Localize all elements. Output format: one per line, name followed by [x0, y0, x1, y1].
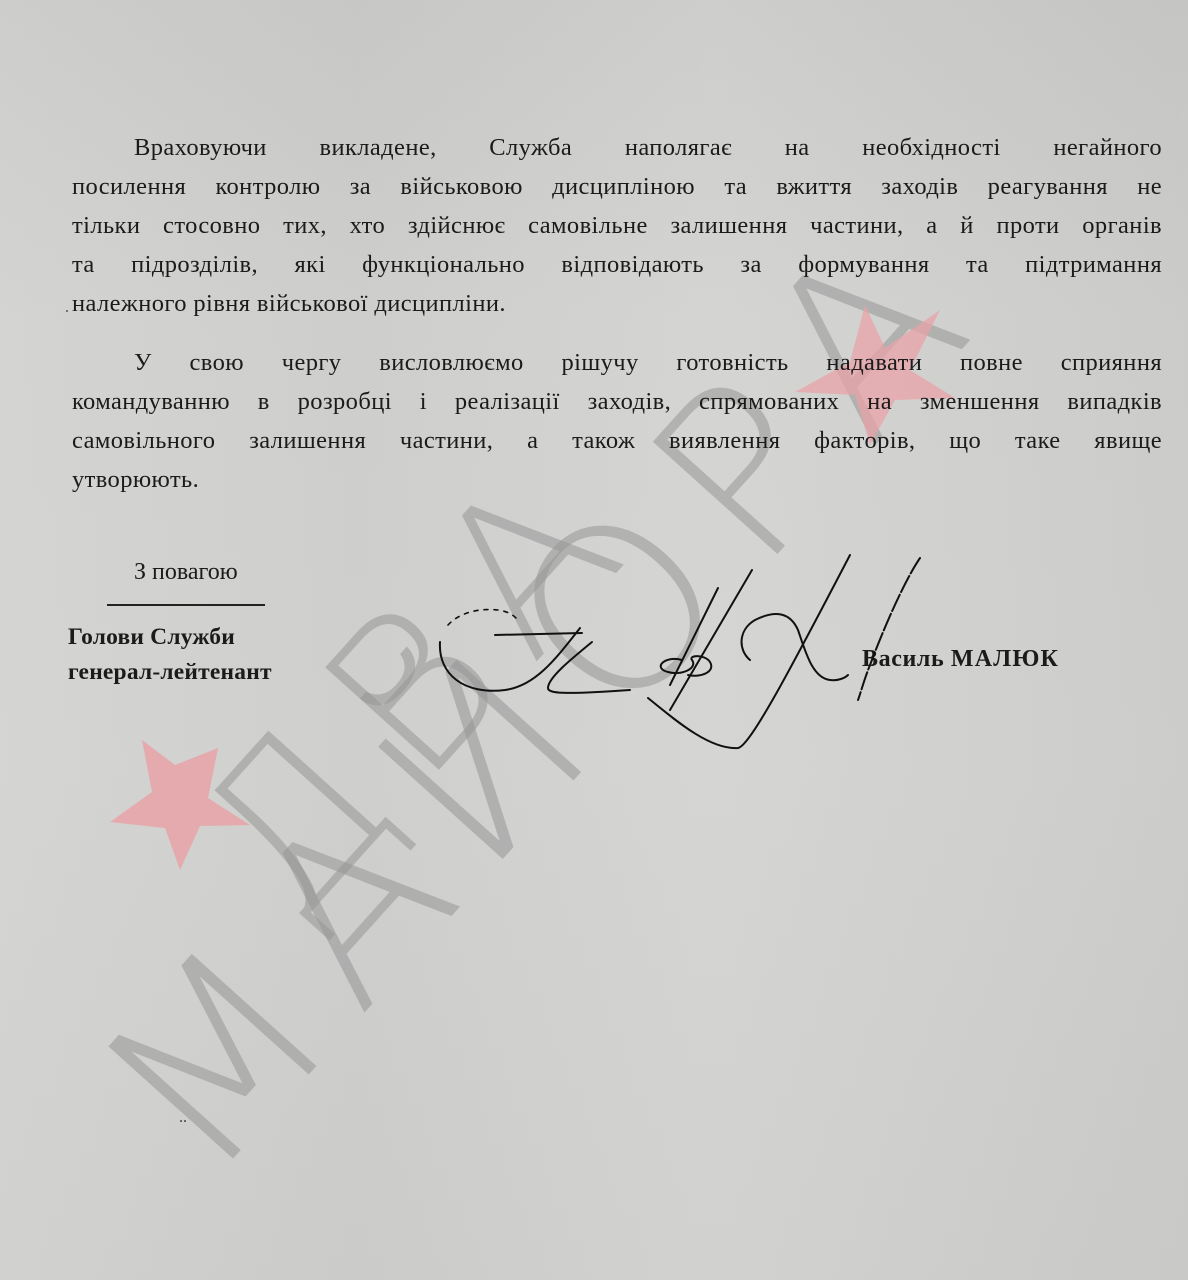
paragraph-line: самовільного залишення частини, а також … — [72, 421, 1162, 460]
signatory-position-line1: Голови Служби — [68, 620, 272, 655]
divider — [107, 604, 265, 606]
paragraph-line: посилення контролю за військовою дисципл… — [72, 167, 1162, 206]
signatory-position: Голови Служби генерал-лейтенант — [68, 620, 272, 690]
paper-speck — [66, 310, 68, 312]
closing-salutation: З повагою — [134, 553, 238, 591]
paper-speck — [180, 1120, 182, 1122]
paragraph-line: У свою чергу висловлюємо рішучу готовніс… — [72, 343, 1162, 382]
paragraph-2: У свою чергу висловлюємо рішучу готовніс… — [72, 343, 1162, 499]
paragraph-line: тільки стосовно тих, хто здійснює самові… — [72, 206, 1162, 245]
signature-icon — [420, 550, 960, 790]
paragraph-line: Враховуючи викладене, Служба наполягає н… — [72, 128, 1162, 167]
star-icon — [100, 730, 260, 870]
signatory-surname: МАЛЮК — [951, 646, 1059, 672]
paragraph-1: Враховуючи викладене, Служба наполягає н… — [72, 128, 1162, 323]
document-page: ДВА МАЙОРА Враховуючи викладене, Служба … — [0, 0, 1188, 1280]
paragraph-line: командуванню в розробці і реалізації зах… — [72, 382, 1162, 421]
signatory-position-line2: генерал-лейтенант — [68, 655, 272, 690]
paragraph-line: належного рівня військової дисципліни. — [72, 284, 1162, 323]
paragraph-line: та підрозділів, які функціонально відпов… — [72, 245, 1162, 284]
paragraph-line: утворюють. — [72, 460, 1162, 499]
paper-speck — [184, 1120, 186, 1122]
